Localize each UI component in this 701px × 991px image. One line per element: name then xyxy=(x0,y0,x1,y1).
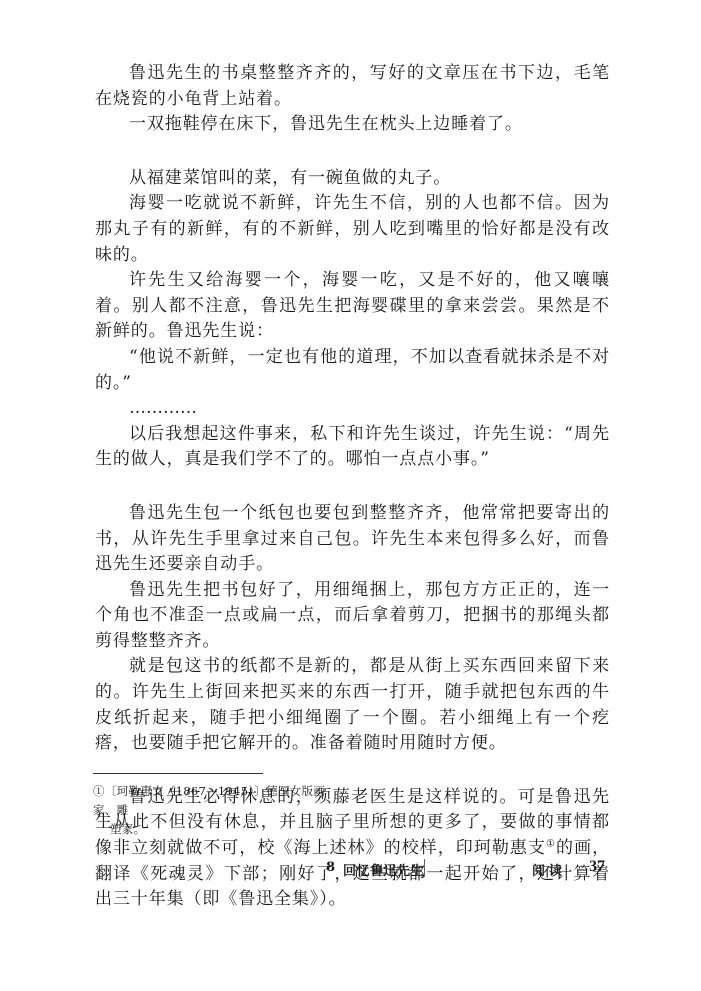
chapter-title: 回忆鲁迅先生 xyxy=(343,860,424,879)
paragraph: 鲁迅先生的书桌整整齐齐的，写好的文章压在书下边，毛笔在烧瓷的小龟背上站着。 xyxy=(95,61,610,112)
section-gap xyxy=(95,473,610,501)
footnote-marker[interactable]: ① xyxy=(546,838,556,849)
section-gap xyxy=(95,757,610,785)
section-gap xyxy=(95,138,610,166)
paragraph: 就是包这书的纸都不是新的，都是从街上买东西回来留下来的。许先生上街回来把买来的东… xyxy=(95,654,610,756)
paragraph: 鲁迅先生把书包好了，用细绳捆上，那包方方正正的，连一个角也不准歪一点或扁一点，而… xyxy=(95,578,610,655)
page-number: 37 xyxy=(589,858,605,876)
ellipsis-line: ………… xyxy=(95,396,610,422)
paragraph: 海婴一吃就说不新鲜，许先生不信，别的人也都不信。因为那丸子有的新鲜，有的不新鲜，… xyxy=(95,191,610,268)
paragraph: 以后我想起这件事来，私下和许先生谈过，许先生说：“周先生的做人，真是我们学不了的… xyxy=(95,422,610,473)
chapter-number: 8 xyxy=(326,860,335,875)
paragraph: 鲁迅先生包一个纸包也要包到整整齐齐，他常常把要寄出的书，从许先生手里拿过来自己包… xyxy=(95,501,610,578)
footer-divider xyxy=(424,859,425,877)
quote-paragraph: “他说不新鲜，一定也有他的道理，不加以查看就抹杀是不对的。” xyxy=(95,345,610,396)
paragraph: 从福建菜馆叫的菜，有一碗鱼做的丸子。 xyxy=(95,166,610,192)
page-footer: 8 回忆鲁迅先生 阅读 37 xyxy=(0,858,701,880)
section-label: 阅读 xyxy=(532,860,566,879)
paragraph: 一双拖鞋停在床下，鲁迅先生在枕头上边睡着了。 xyxy=(95,112,610,138)
paragraph: 许先生又给海婴一个，海婴一吃，又是不好的，他又嚷嚷着。别人都不注意，鲁迅先生把海… xyxy=(95,268,610,345)
footnote-line-1: ①〔珂勒惠支（1867—1945）〕德国女版画家、雕 xyxy=(93,784,325,817)
footnote-divider xyxy=(93,773,263,774)
footnote-line-2: 塑家。 xyxy=(93,820,343,839)
footnote: ①〔珂勒惠支（1867—1945）〕德国女版画家、雕 塑家。 xyxy=(93,782,343,839)
